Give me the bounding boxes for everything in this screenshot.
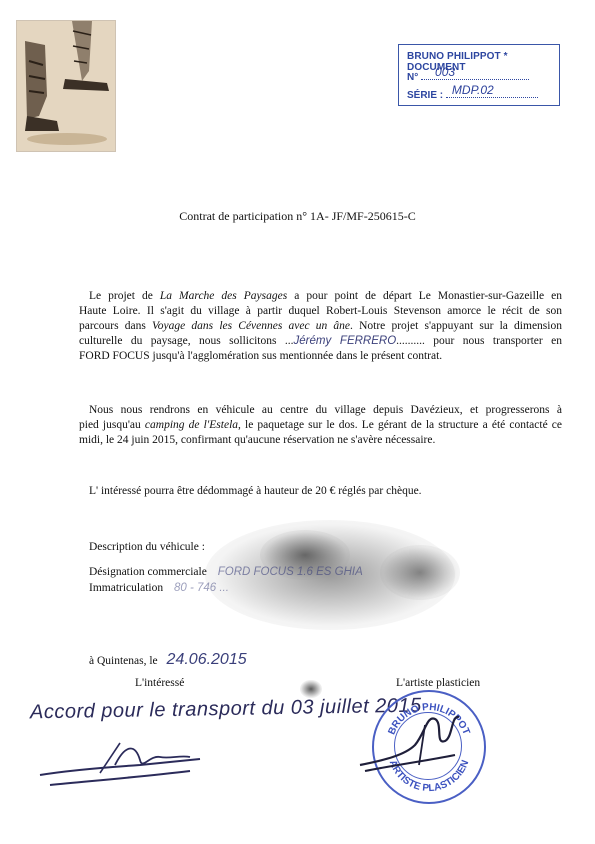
paragraph-line: Nous nous rendrons en véhicule au centre… [89,403,562,418]
registration-label: Immatriculation [89,582,163,594]
paragraph-line: FORD FOCUS jusqu'à l'agglomération sus m… [79,349,562,364]
journey-paragraph: Nous nous rendrons en véhicule au centre… [89,403,562,448]
project-paragraph: Le projet de La Marche des Paysages a po… [89,289,562,364]
contract-title: Contrat de participation n° 1A- JF/MF-25… [0,209,595,224]
designation-label: Désignation commerciale [89,566,207,578]
vehicle-registration-row: Immatriculation 80 - 746 ... [89,582,229,594]
place-date-value: 24.06.2015 [167,651,247,668]
signatory-right-label: L'artiste plasticien [396,677,480,689]
book-title: Voyage dans les Cévennes avec un âne [152,320,350,332]
paragraph-line: pied jusqu'au camping de l'Estela, le pa… [79,418,562,433]
boots-sketch-icon [17,21,115,151]
place-date-row: à Quintenas, le 24.06.2015 [89,651,247,669]
stamp-series-field: MDP.02 [446,87,538,98]
paragraph-line: Haute Loire. Il s'agit du village à part… [79,304,562,319]
vehicle-heading: Description du véhicule : [89,541,205,553]
vehicle-designation-row: Désignation commerciale FORD FOCUS 1.6 E… [89,566,363,578]
paragraph-line: midi, le 24 juin 2015, confirmant qu'auc… [79,433,562,448]
stamp-series-value: MDP.02 [452,83,494,97]
signatory-left-label: L'intéressé [135,677,184,689]
driver-name-handwritten: Jérémy FERRERO [294,335,397,347]
stamp-series-row: SÉRIE : MDP.02 [407,87,538,101]
compensation-text: L' intéressé pourra être dédommagé à hau… [89,485,422,497]
document-stamp: BRUNO PHILIPPOT * DOCUMENT N° 003 SÉRIE … [398,44,560,106]
ink-smudge [300,680,322,698]
designation-value: FORD FOCUS 1.6 ES GHIA [218,566,363,578]
paragraph-line: Le projet de La Marche des Paysages a po… [89,289,562,304]
camping-name: camping de l'Estela [145,419,238,431]
stamp-number-value: 003 [435,65,455,79]
ink-smudge [380,545,460,600]
signature-left-icon [30,735,230,795]
signature-right-icon [355,705,475,785]
registration-value: 80 - 746 ... [174,582,229,594]
stamp-series-label: SÉRIE : [407,90,443,101]
project-name: La Marche des Paysages [160,290,287,302]
paragraph-line: parcours dans Voyage dans les Cévennes a… [79,319,562,334]
place-date-label: à Quintenas, le [89,655,158,667]
stamp-number-field: 003 [421,69,529,80]
stamp-number-label: N° [407,72,418,83]
artwork-photo [16,20,116,152]
paragraph-line: culturelle du paysage, nous sollicitons … [79,334,562,349]
stamp-number-row: N° 003 [407,69,529,83]
